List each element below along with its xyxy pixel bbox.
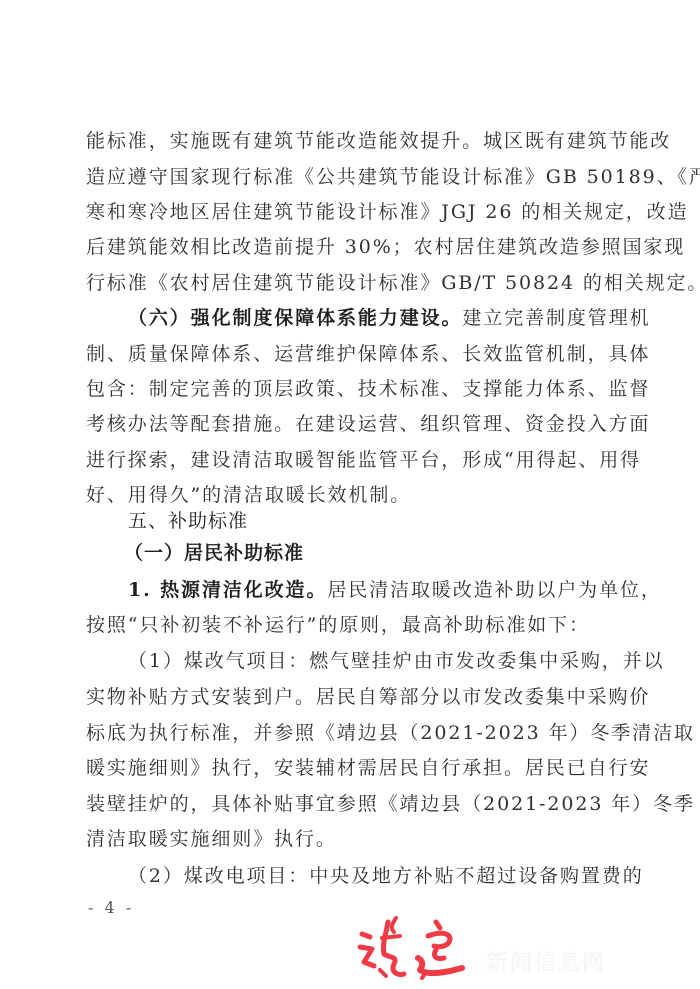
- paragraph-line: 清洁取暖实施细则》执行。: [86, 827, 598, 851]
- item-1-first-line: 1. 热源清洁化改造。居民清洁取暖改造补助以户为单位，: [128, 578, 598, 602]
- paragraph-line: 装壁挂炉的，具体补贴事宜参照《靖边县（2021-2023 年）冬季: [86, 792, 598, 816]
- page-number: - 4 -: [88, 898, 134, 917]
- paragraph-line: 包含：制定完善的顶层政策、技术标准、支撑能力体系、监督: [86, 377, 598, 401]
- paragraph-line: 实物补贴方式安装到户。居民自筹部分以市发改委集中采购价: [86, 685, 598, 709]
- section-5-heading: 五、补助标准: [128, 509, 598, 533]
- paragraph-line: 寒和寒冷地区居住建筑节能设计标准》JGJ 26 的相关规定，改造: [86, 200, 598, 224]
- document-page: 能标准，实施既有建筑节能改造能效提升。城区既有建筑节能改 造应遵守国家现行标准《…: [0, 0, 700, 989]
- item-1-2-first-line: （2）煤改电项目：中央及地方补贴不超过设备购置费的: [128, 864, 598, 888]
- paragraph-line: 好、用得久”的清洁取暖长效机制。: [86, 483, 598, 507]
- paragraph-line: 进行探索，建设清洁取暖智能监管平台，形成“用得起、用得: [86, 448, 598, 472]
- section-6-text: 建立完善制度管理机: [462, 307, 650, 329]
- subsection-heading: （一）居民补助标准: [124, 541, 594, 565]
- item-1-text: 居民清洁取暖改造补助以户为单位，: [327, 579, 661, 601]
- paragraph-line: 暖实施细则》执行，安装辅材需居民自行承担。居民已自行安: [86, 756, 598, 780]
- paragraph-line: 后建筑能效相比改造前提升 30%；农村居住建筑改造参照国家现: [86, 235, 598, 259]
- paragraph-line: 造应遵守国家现行标准《公共建筑节能设计标准》GB 50189、《严: [86, 165, 598, 189]
- section-6-heading: （六）强化制度保障体系能力建设。: [128, 307, 462, 329]
- section-6-first-line: （六）强化制度保障体系能力建设。建立完善制度管理机: [128, 306, 598, 330]
- calligraphy-logo-icon: [352, 914, 474, 984]
- item-1-heading: 1. 热源清洁化改造。: [128, 579, 327, 601]
- watermark-text: 新闻信息网: [486, 946, 606, 977]
- paragraph-line: 考核办法等配套措施。在建设运营、组织管理、资金投入方面: [86, 412, 598, 436]
- paragraph-line: 能标准，实施既有建筑节能改造能效提升。城区既有建筑节能改: [86, 129, 598, 153]
- paragraph-line: 按照“只补初装不补运行”的原则，最高补助标准如下：: [86, 613, 598, 637]
- paragraph-line: 标底为执行标准，并参照《靖边县（2021-2023 年）冬季清洁取: [86, 721, 598, 745]
- item-1-1-first-line: （1）煤改气项目：燃气壁挂炉由市发改委集中采购，并以: [128, 649, 598, 673]
- paragraph-line: 行标准《农村居住建筑节能设计标准》GB/T 50824 的相关规定。: [86, 271, 598, 295]
- paragraph-line: 制、质量保障体系、运营维护保障体系、长效监管机制，具体: [86, 342, 598, 366]
